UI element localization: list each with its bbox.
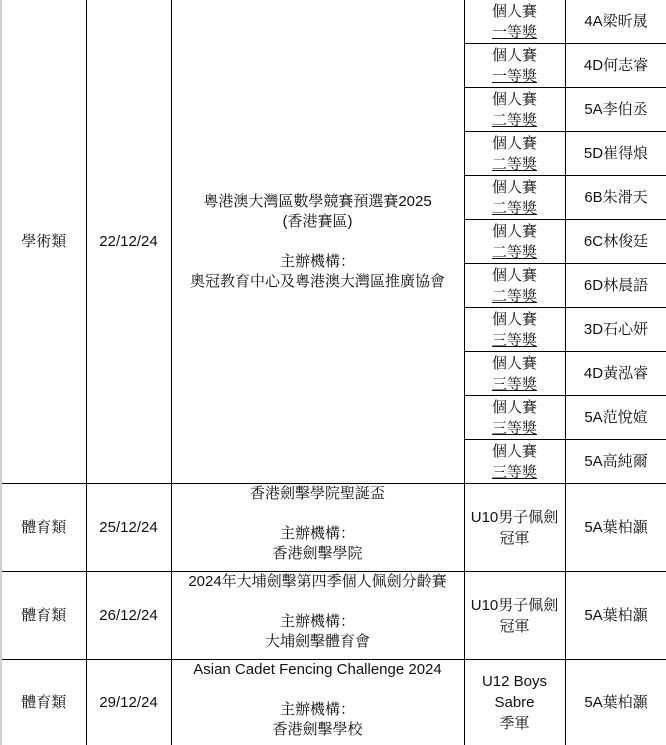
student-cell: 3D石心妍 [565,308,666,352]
student-cell: 4A梁昕晟 [565,0,666,44]
student-cell: 5A葉柏灝 [565,572,666,660]
student-cell: 5A范悅媗 [565,396,666,440]
organizer-label: 主辦機構： [172,612,464,632]
award-type: U10男子佩劍 [465,595,565,616]
award-cell: U12 BoysSabre季軍 [464,660,565,745]
award-level: 冠軍 [465,616,565,637]
organizer-name: 大埔劍擊體育會 [172,632,464,652]
award-level: 二等獎 [465,242,565,263]
award-type: 個人賽 [465,353,565,374]
award-cell: 個人賽二等獎 [464,176,565,220]
date-cell: 22/12/24 [86,0,171,484]
event-name: 2024年大埔劍擊第四季個人佩劍分齡賽 [172,572,464,592]
date-cell: 26/12/24 [86,572,171,660]
event-cell: 粵港澳大灣區數學競賽預選賽2025 (香港賽區) 主辦機構： 奧冠教育中心及粵港… [171,0,464,484]
category-cell: 體育類 [1,484,86,572]
award-type: 個人賽 [465,441,565,462]
spacer [172,504,464,524]
award-type: 個人賽 [465,1,565,22]
award-level: 二等獎 [465,110,565,131]
award-level: 季軍 [465,713,565,734]
award-cell: 個人賽二等獎 [464,220,565,264]
award-cell: 個人賽一等獎 [464,0,565,44]
award-category: Sabre [465,692,565,713]
student-cell: 4D黃泓睿 [565,352,666,396]
award-level: 三等獎 [465,330,565,351]
organizer-label: 主辦機構： [172,252,464,272]
table-row: 體育類 25/12/24 香港劍擊學院聖誕盃 主辦機構： 香港劍擊學院 U10男… [1,484,666,572]
award-level: 二等獎 [465,154,565,175]
date-cell: 29/12/24 [86,660,171,745]
student-cell: 6B朱滑天 [565,176,666,220]
organizer-name: 奧冠教育中心及粵港澳大灣區推廣協會 [172,272,464,292]
spacer [172,592,464,612]
award-cell: 個人賽三等獎 [464,352,565,396]
organizer-label: 主辦機構： [172,524,464,544]
award-type: U12 Boys [465,671,565,692]
award-type: 個人賽 [465,133,565,154]
student-cell: 5D崔得烺 [565,132,666,176]
award-cell: 個人賽二等獎 [464,88,565,132]
award-cell: 個人賽一等獎 [464,44,565,88]
award-level: 二等獎 [465,198,565,219]
award-level: 二等獎 [465,286,565,307]
event-cell: Asian Cadet Fencing Challenge 2024 主辦機構：… [171,660,464,745]
award-type: 個人賽 [465,177,565,198]
event-name: Asian Cadet Fencing Challenge 2024 [172,660,464,680]
table-row: 學術類 22/12/24 粵港澳大灣區數學競賽預選賽2025 (香港賽區) 主辦… [1,0,666,44]
organizer-label: 主辦機構： [172,700,464,720]
awards-table: 學術類 22/12/24 粵港澳大灣區數學競賽預選賽2025 (香港賽區) 主辦… [0,0,666,745]
event-cell: 香港劍擊學院聖誕盃 主辦機構： 香港劍擊學院 [171,484,464,572]
student-cell: 5A葉柏灝 [565,660,666,745]
award-cell: 個人賽二等獎 [464,132,565,176]
event-cell: 2024年大埔劍擊第四季個人佩劍分齡賽 主辦機構： 大埔劍擊體育會 [171,572,464,660]
table-row: 體育類 29/12/24 Asian Cadet Fencing Challen… [1,660,666,745]
student-cell: 4D何志睿 [565,44,666,88]
award-type: 個人賽 [465,397,565,418]
event-name: 香港劍擊學院聖誕盃 [172,484,464,504]
award-level: 三等獎 [465,418,565,439]
event-name-sub: (香港賽區) [172,212,464,232]
spacer [172,680,464,700]
award-type: U10男子佩劍 [465,507,565,528]
award-level: 三等獎 [465,374,565,395]
student-cell: 6C林俊廷 [565,220,666,264]
student-cell: 6D林晨語 [565,264,666,308]
award-type: 個人賽 [465,45,565,66]
category-cell: 體育類 [1,660,86,745]
award-cell: 個人賽三等獎 [464,308,565,352]
award-type: 個人賽 [465,265,565,286]
award-cell: 個人賽三等獎 [464,396,565,440]
student-cell: 5A高純爾 [565,440,666,484]
student-cell: 5A李伯丞 [565,88,666,132]
award-cell: 個人賽二等獎 [464,264,565,308]
award-level: 冠軍 [465,528,565,549]
organizer-name: 香港劍擊學院 [172,544,464,564]
award-level: 三等獎 [465,462,565,483]
award-type: 個人賽 [465,309,565,330]
award-cell: 個人賽三等獎 [464,440,565,484]
award-cell: U10男子佩劍冠軍 [464,484,565,572]
spacer [172,232,464,252]
date-cell: 25/12/24 [86,484,171,572]
category-cell: 學術類 [1,0,86,484]
award-level: 一等獎 [465,66,565,87]
award-type: 個人賽 [465,221,565,242]
event-name: 粵港澳大灣區數學競賽預選賽2025 [172,192,464,212]
award-cell: U10男子佩劍冠軍 [464,572,565,660]
student-cell: 5A葉柏灝 [565,484,666,572]
organizer-name: 香港劍擊學校 [172,720,464,740]
award-type: 個人賽 [465,89,565,110]
award-level: 一等獎 [465,22,565,43]
category-cell: 體育類 [1,572,86,660]
table-row: 體育類 26/12/24 2024年大埔劍擊第四季個人佩劍分齡賽 主辦機構： 大… [1,572,666,660]
